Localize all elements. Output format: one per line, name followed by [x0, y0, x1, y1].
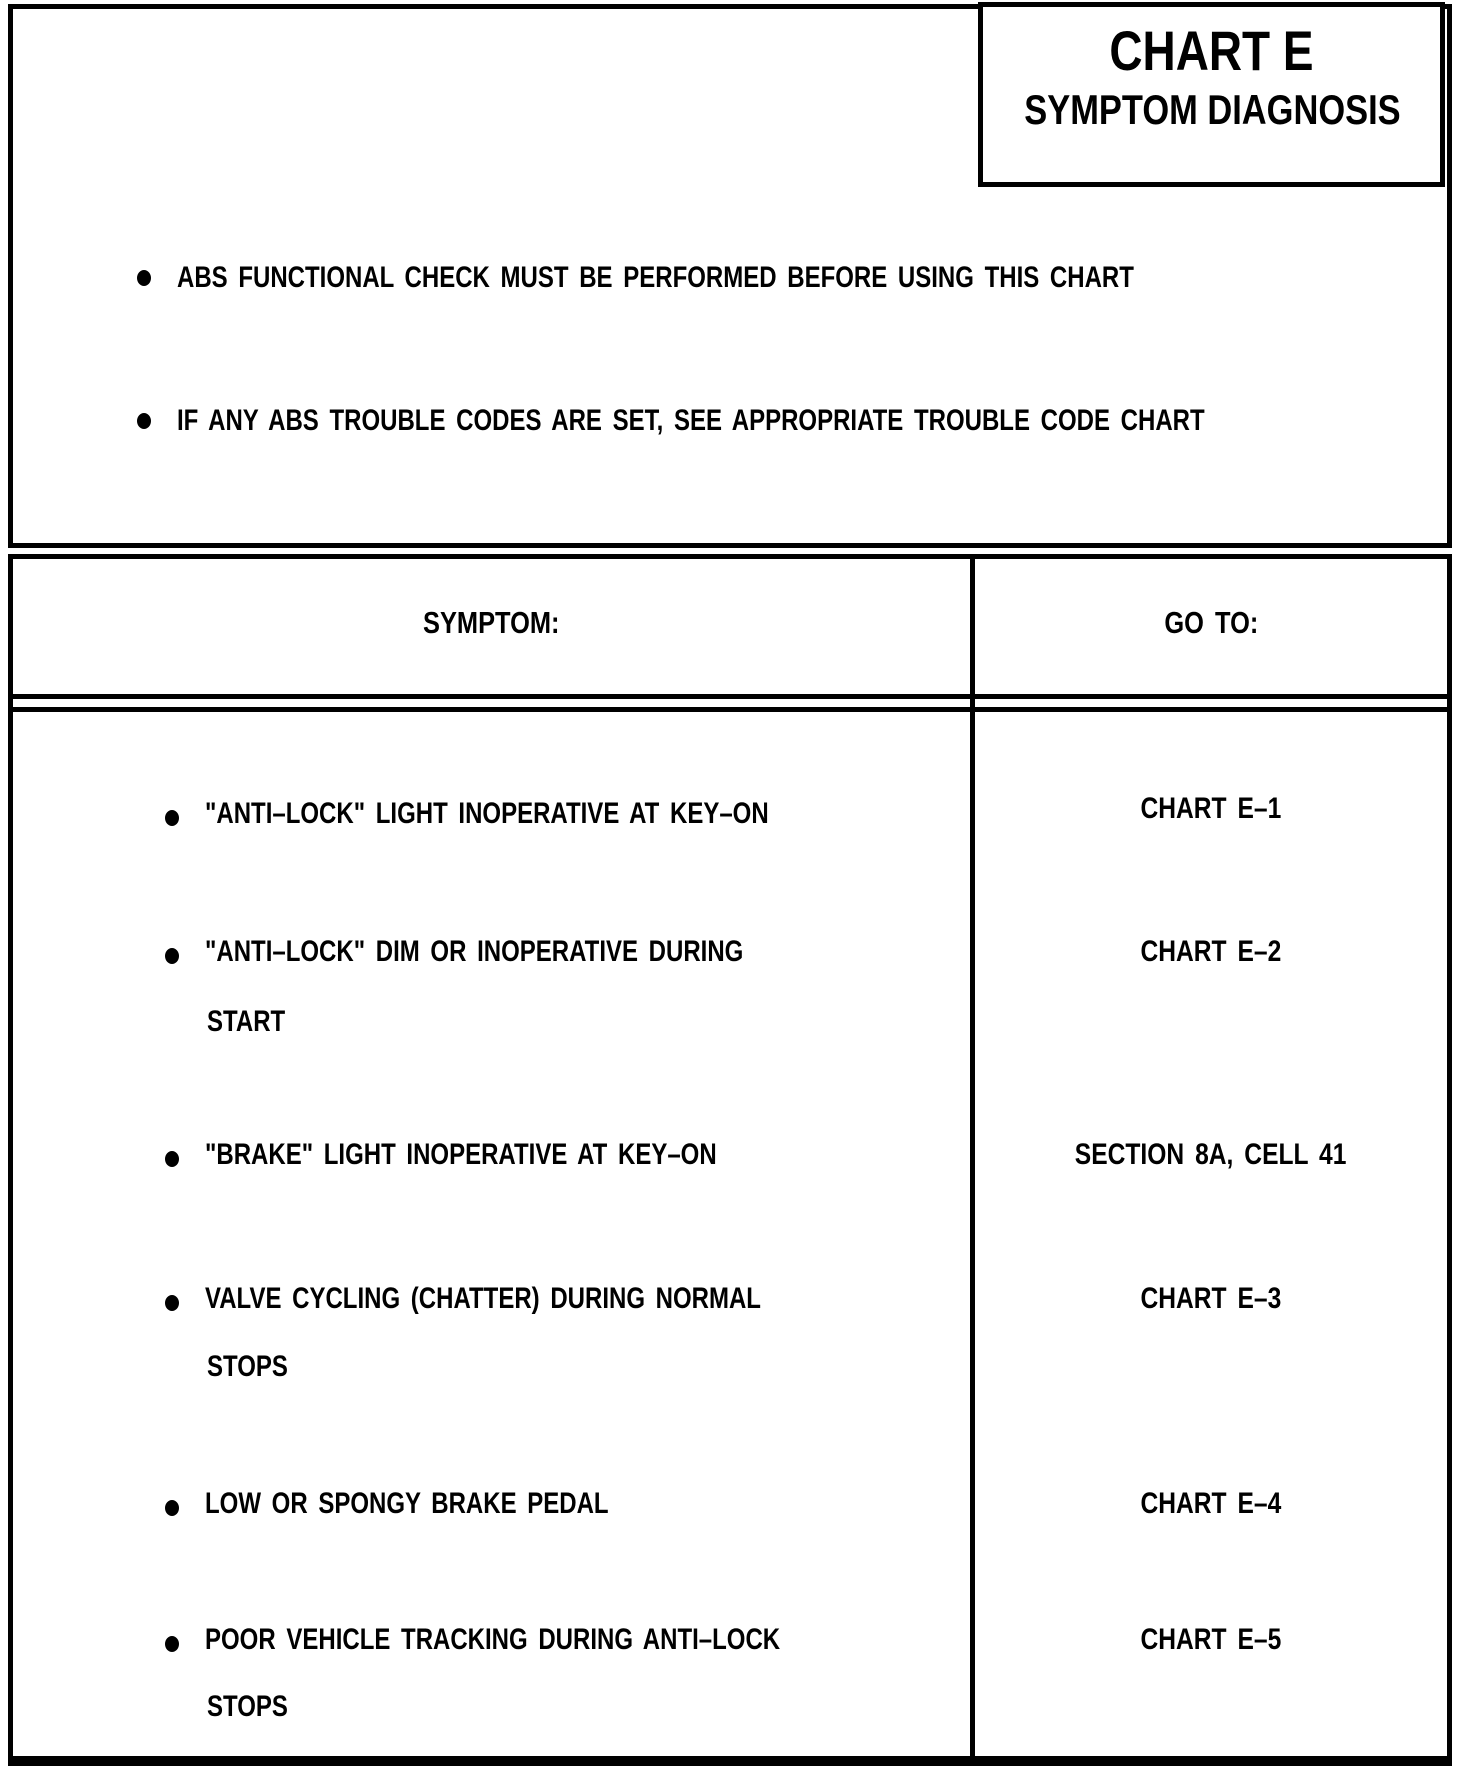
note-text: ABS FUNCTIONAL CHECK MUST BE PERFORMED B…	[177, 263, 1373, 293]
note-bullet-icon	[137, 270, 151, 286]
goto-text: CHART E–5	[975, 1625, 1447, 1655]
table-row: STOPS	[207, 1692, 308, 1722]
table-row: "ANTI–LOCK" LIGHT INOPERATIVE AT KEY–ON	[205, 799, 910, 829]
table-row: STOPS	[207, 1352, 308, 1382]
symptom-table: SYMPTOM: GO TO: "ANTI–LOCK" LIGHT INOPER…	[8, 554, 1452, 1766]
chart-title: CHART E	[983, 23, 1440, 79]
symptom-text: "ANTI–LOCK" LIGHT INOPERATIVE AT KEY–ON	[205, 799, 769, 829]
symptom-bullet-icon	[165, 810, 179, 826]
symptom-text: "ANTI–LOCK" DIM OR INOPERATIVE DURING	[205, 937, 743, 967]
symptom-column-header: SYMPTOM:	[13, 607, 970, 638]
table-row: POOR VEHICLE TRACKING DURING ANTI–LOCK	[205, 1625, 924, 1655]
symptom-text: POOR VEHICLE TRACKING DURING ANTI–LOCK	[205, 1625, 780, 1655]
goto-text: CHART E–1	[975, 794, 1447, 824]
symptom-bullet-icon	[165, 1500, 179, 1516]
table-row: VALVE CYCLING (CHATTER) DURING NORMAL	[205, 1284, 900, 1314]
header-rule	[13, 694, 1447, 699]
note-text: IF ANY ABS TROUBLE CODES ARE SET, SEE AP…	[177, 406, 1462, 436]
header-rule	[13, 707, 1447, 712]
symptom-text: LOW OR SPONGY BRAKE PEDAL	[205, 1489, 609, 1519]
symptom-bullet-icon	[165, 1636, 179, 1652]
goto-text: CHART E–2	[975, 937, 1447, 967]
goto-column-header: GO TO:	[975, 607, 1447, 638]
symptom-text: "BRAKE" LIGHT INOPERATIVE AT KEY–ON	[205, 1140, 717, 1170]
note-1-text: ABS FUNCTIONAL CHECK MUST BE PERFORMED B…	[177, 263, 1134, 293]
note-bullet-icon	[137, 413, 151, 429]
symptom-bullet-icon	[165, 1151, 179, 1167]
note-2-text: IF ANY ABS TROUBLE CODES ARE SET, SEE AP…	[177, 406, 1205, 436]
symptom-text-line2: START	[207, 1007, 285, 1037]
table-row: LOW OR SPONGY BRAKE PEDAL	[205, 1489, 709, 1519]
symptom-bullet-icon	[165, 948, 179, 964]
symptom-text: VALVE CYCLING (CHATTER) DURING NORMAL	[205, 1284, 761, 1314]
goto-text: CHART E–4	[975, 1489, 1447, 1519]
chart-subtitle: SYMPTOM DIAGNOSIS	[983, 89, 1440, 131]
goto-text: CHART E–3	[975, 1284, 1447, 1314]
goto-text: SECTION 8A, CELL 41	[975, 1140, 1447, 1170]
table-row: "ANTI–LOCK" DIM OR INOPERATIVE DURING	[205, 937, 878, 967]
manual-page: ABS FUNCTIONAL CHECK MUST BE PERFORMED B…	[0, 0, 1472, 1766]
symptom-bullet-icon	[165, 1295, 179, 1311]
table-row: START	[207, 1007, 305, 1037]
symptom-text-line2: STOPS	[207, 1692, 288, 1722]
symptom-text-line2: STOPS	[207, 1352, 288, 1382]
table-row: "BRAKE" LIGHT INOPERATIVE AT KEY–ON	[205, 1140, 845, 1170]
chart-title-box: CHART E SYMPTOM DIAGNOSIS	[978, 2, 1445, 187]
